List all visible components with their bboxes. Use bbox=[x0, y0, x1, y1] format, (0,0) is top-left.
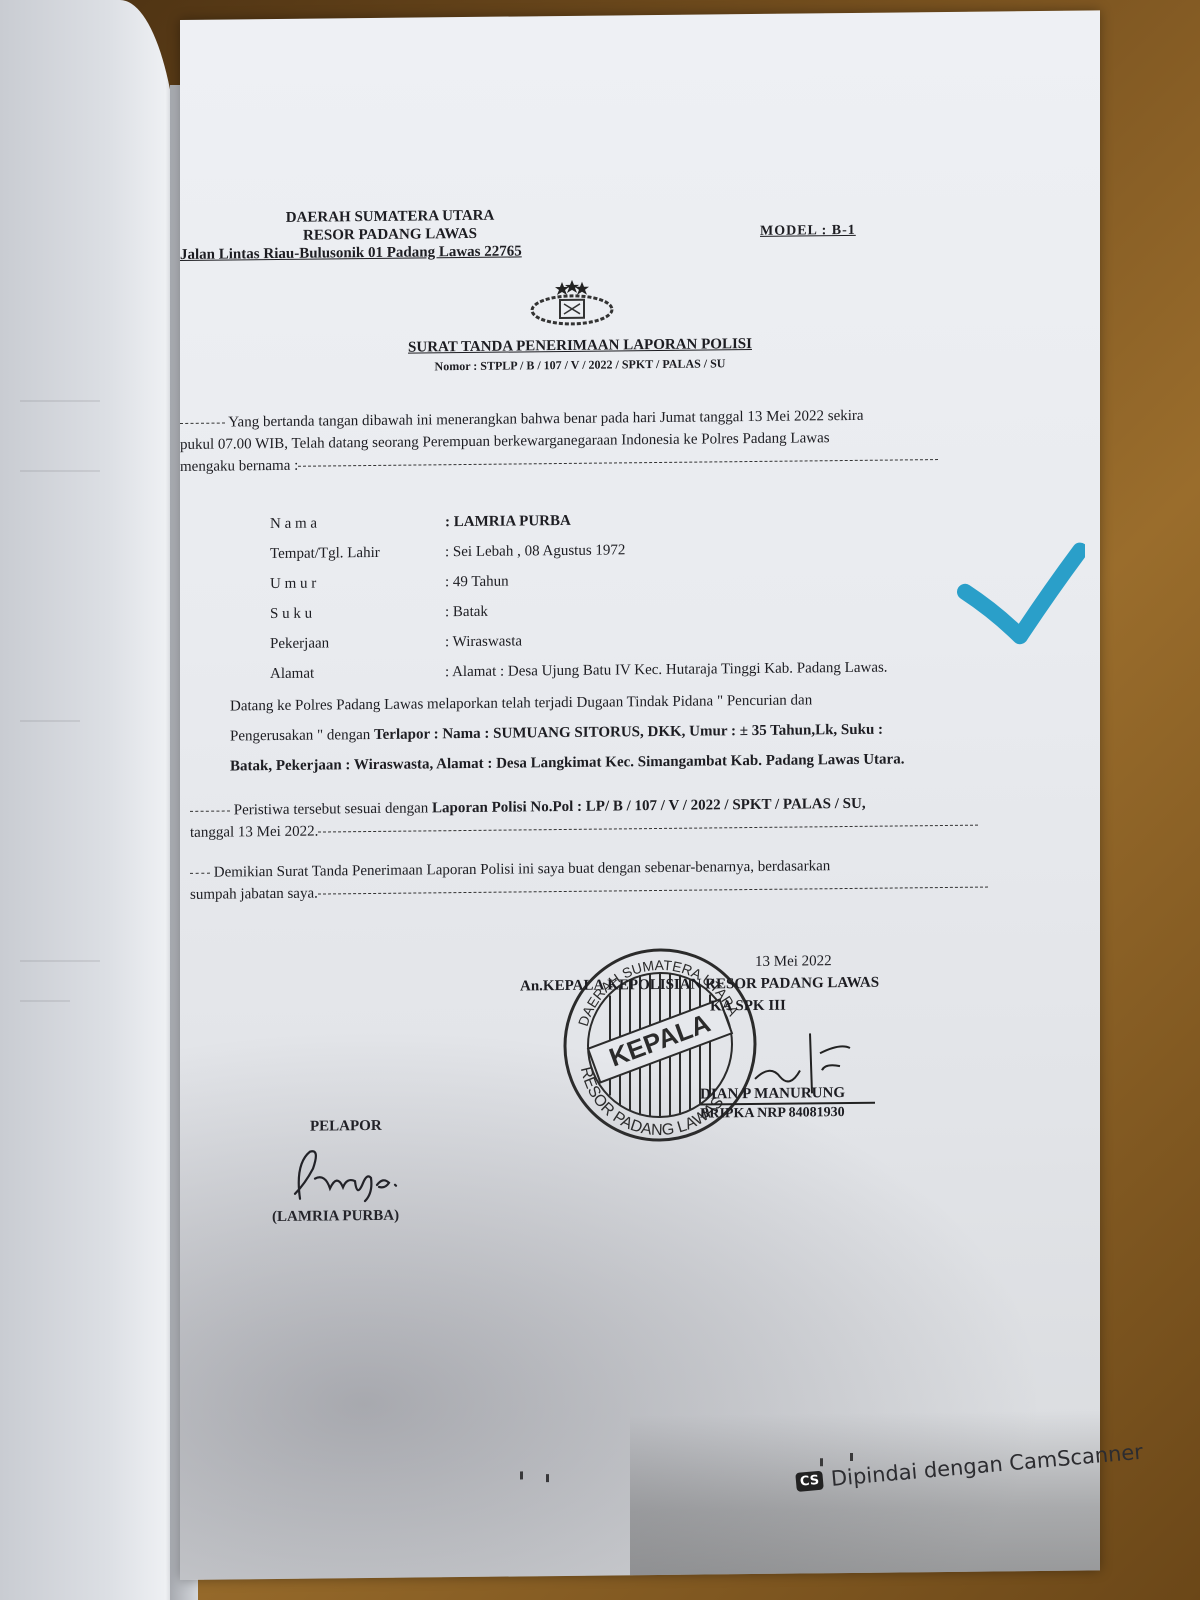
reporter-name: (LAMRIA PURBA) bbox=[272, 1208, 399, 1226]
staple-marks bbox=[180, 10, 1100, 20]
field-label: N a m a bbox=[270, 514, 445, 533]
document-title: SURAT TANDA PENERIMAAN LAPORAN POLISI bbox=[370, 336, 790, 357]
sign-date: 13 Mei 2022 bbox=[755, 953, 832, 971]
document-number: Nomor : STPLP / B / 107 / V / 2022 / SPK… bbox=[370, 356, 790, 375]
incident-report-number: Laporan Polisi No.Pol : LP/ B / 107 / V … bbox=[432, 796, 866, 817]
incident-paragraph: Peristiwa tersebut sesuai dengan Laporan… bbox=[190, 791, 1020, 844]
field-value: : Sei Lebah , 08 Agustus 1972 bbox=[445, 542, 625, 561]
report-line-2b: Terlapor : Nama : SUMUANG SITORUS, DKK, … bbox=[374, 722, 883, 743]
field-value: : LAMRIA PURBA bbox=[445, 512, 571, 530]
letterhead-address: Jalan Lintas Riau-Bulusonik 01 Padang La… bbox=[180, 242, 600, 264]
letterhead: DAERAH SUMATERA UTARA RESOR PADANG LAWAS… bbox=[180, 206, 600, 264]
document-page: DAERAH SUMATERA UTARA RESOR PADANG LAWAS… bbox=[180, 10, 1100, 1580]
report-line-3: Batak, Pekerjaan : Wiraswasta, Alamat : … bbox=[230, 751, 904, 774]
report-line-2a: Pengerusakan " dengan bbox=[230, 727, 374, 745]
model-label: MODEL : B-1 bbox=[760, 223, 856, 240]
reporter-signature bbox=[285, 1143, 405, 1204]
checkmark-icon bbox=[955, 541, 1085, 652]
closing-line-2: sumpah jabatan saya. bbox=[190, 886, 318, 903]
incident-prefix: Peristiwa tersebut sesuai dengan bbox=[234, 800, 432, 818]
reporter-label: PELAPOR bbox=[310, 1118, 382, 1136]
field-value: : 49 Tahun bbox=[445, 573, 509, 591]
intro-line-3: mengaku bernama : bbox=[180, 458, 298, 475]
field-value: : Alamat : Desa Ujung Batu IV Kec. Hutar… bbox=[445, 659, 888, 681]
police-emblem-icon bbox=[520, 277, 620, 328]
intro-paragraph: Yang bertanda tangan dibawah ini meneran… bbox=[180, 403, 1010, 478]
incident-date: tanggal 13 Mei 2022. bbox=[190, 824, 318, 841]
field-label: S u k u bbox=[270, 604, 445, 623]
closing-paragraph: Demikian Surat Tanda Penerimaan Laporan … bbox=[190, 853, 1020, 906]
signatory-rank-nrp: BRIPKA NRP 84081930 bbox=[700, 1105, 845, 1123]
field-label: Pekerjaan bbox=[270, 634, 445, 653]
field-row: Alamat : Alamat : Desa Ujung Batu IV Kec… bbox=[270, 653, 888, 689]
camscanner-logo-icon: CS bbox=[795, 1470, 824, 1491]
field-label: Tempat/Tgl. Lahir bbox=[270, 544, 445, 563]
field-label: U m u r bbox=[270, 574, 445, 593]
facing-page bbox=[0, 0, 180, 1600]
sign-on-behalf: An.KEPALA KEPOLISIAN RESOR PADANG LAWAS bbox=[520, 975, 879, 996]
field-value: : Wiraswasta bbox=[445, 633, 522, 651]
report-paragraph: Datang ke Polres Padang Lawas melaporkan… bbox=[230, 683, 1020, 781]
field-label: Alamat bbox=[270, 664, 445, 683]
reporter-identity: N a m a : LAMRIA PURBA Tempat/Tgl. Lahir… bbox=[270, 503, 888, 689]
field-value: : Batak bbox=[445, 603, 488, 620]
photo-shade bbox=[630, 1410, 1100, 1575]
signatory-name: DIAN P MANURUNG bbox=[700, 1085, 875, 1106]
